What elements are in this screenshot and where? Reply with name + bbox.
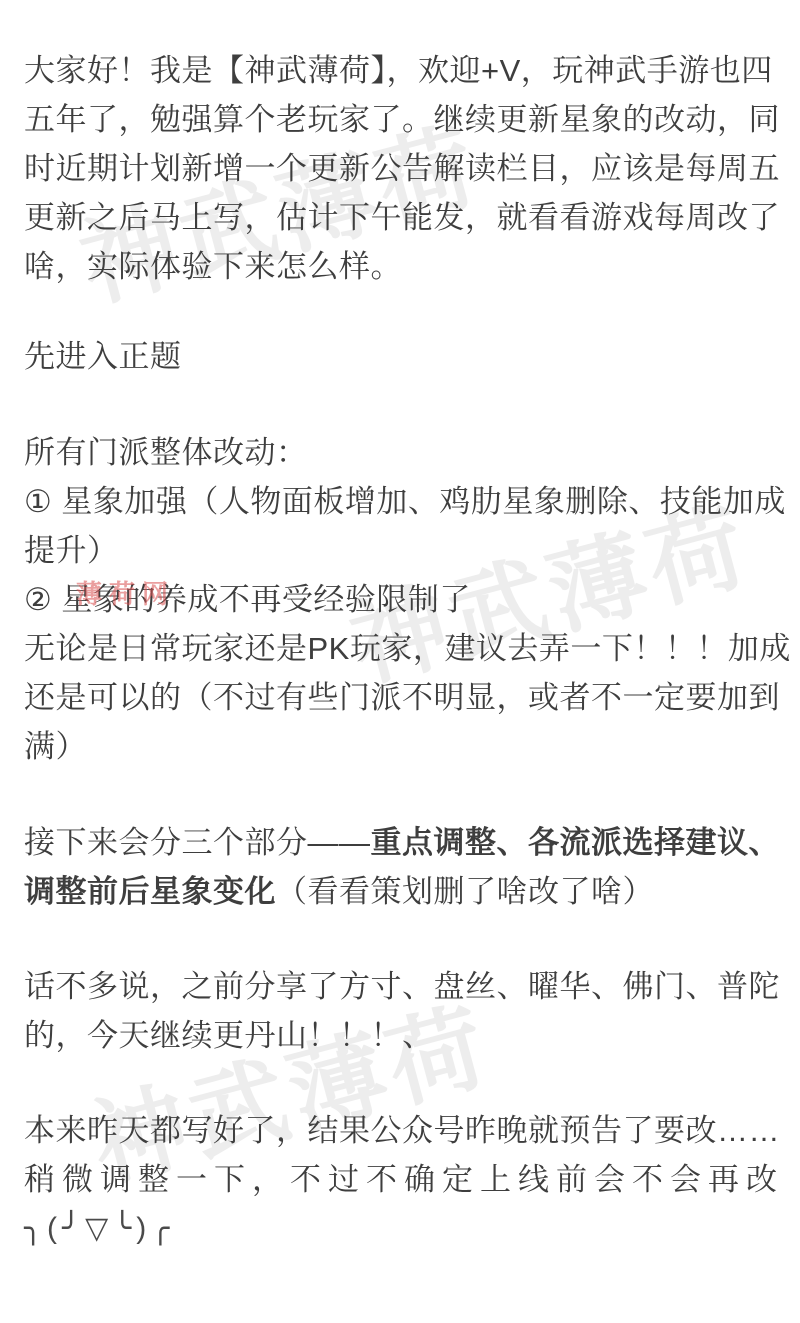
all-sects-changes-list: 所有门派整体改动：① 星象加强（人物面板增加、鸡肋星象删除、技能加成提升）② 星… [24,428,776,771]
text-line: ╮(╯▽╰)╭ [24,1204,776,1253]
text-line: 满） [24,722,776,771]
text-line: 还是可以的（不过有些门派不明显，或者不一定要加到 [24,673,776,722]
text-line: 话不多说，之前分享了方寸、盘丝、曜华、佛门、普陀 [24,962,776,1011]
text-line: 啥，实际体验下来怎么样。 [24,242,776,291]
closing-paragraph: 本来昨天都写好了，结果公众号昨晚就预告了要改……稍微调整一下，不过不确定上线前会… [24,1106,776,1253]
text-line: 大家好！我是【神武薄荷】，欢迎+V，玩神武手游也四 [24,46,776,95]
text-line: ② 星象的养成不再受经验限制了 [24,575,776,624]
text-line: 提升） [24,526,776,575]
three-parts-paragraph: 接下来会分三个部分——重点调整、各流派选择建议、调整前后星象变化（看看策划删了啥… [24,818,776,916]
text-line: 所有门派整体改动： [24,428,776,477]
previous-shares-paragraph: 话不多说，之前分享了方寸、盘丝、曜华、佛门、普陀的，今天继续更丹山！！！、 [24,962,776,1060]
section-lead: 先进入正题 [24,332,776,381]
text-line: 无论是日常玩家还是PK玩家，建议去弄一下！！！加成 [24,624,776,673]
bold-text-segment: 重点调整、各流派选择建议、 [371,825,781,860]
intro-paragraph: 大家好！我是【神武薄荷】，欢迎+V，玩神武手游也四五年了，勉强算个老玩家了。继续… [24,46,776,291]
text-line: 本来昨天都写好了，结果公众号昨晚就预告了要改…… [24,1106,776,1155]
text-line: 时近期计划新增一个更新公告解读栏目，应该是每周五 [24,144,776,193]
text-line: 更新之后马上写，估计下午能发，就看看游戏每周改了 [24,193,776,242]
text-segment: （看看策划删了啥改了啥） [276,874,654,909]
text-line: 的，今天继续更丹山！！！、 [24,1011,776,1060]
text-segment: 接下来会分三个部分—— [24,825,371,860]
bold-text-segment: 调整前后星象变化 [24,874,276,909]
text-line: 稍微调整一下，不过不确定上线前会不会再改 [24,1155,776,1204]
article-body: 大家好！我是【神武薄荷】，欢迎+V，玩神武手游也四五年了，勉强算个老玩家了。继续… [0,0,800,1253]
text-line: ① 星象加强（人物面板增加、鸡肋星象删除、技能加成 [24,477,776,526]
text-line: 先进入正题 [24,332,776,381]
text-line: 五年了，勉强算个老玩家了。继续更新星象的改动，同 [24,95,776,144]
text-line: 调整前后星象变化（看看策划删了啥改了啥） [24,867,776,916]
text-line: 接下来会分三个部分——重点调整、各流派选择建议、 [24,818,776,867]
